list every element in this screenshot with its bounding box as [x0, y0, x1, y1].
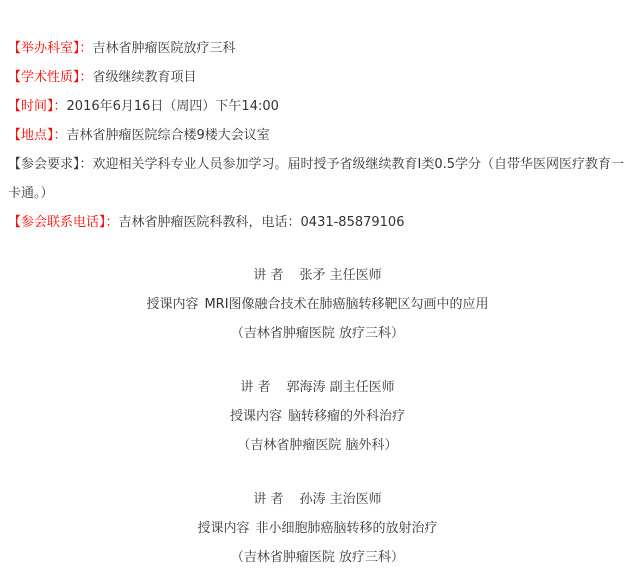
speaker-block: 讲 者郭海涛 副主任医师 授课内容脑转移瘤的外科治疗 （吉林省肿瘤医院 脑外科）: [0, 373, 635, 460]
info-colon: ：: [80, 157, 93, 172]
affiliation-row: （吉林省肿瘤医院 放疗三科）: [0, 543, 635, 572]
info-time: 【时间】：2016年6月16日（周四）下午14:00: [8, 92, 628, 121]
speaker-label: 讲 者: [240, 380, 270, 395]
info-value: 欢迎相关学科专业人员参加学习。届时授予省级继续教育Ⅰ类0.5学分（自带华医网医疗…: [8, 157, 624, 201]
speaker-name-title: 孙涛 主治医师: [300, 492, 382, 507]
info-label: 【时间】: [8, 99, 54, 114]
info-colon: ：: [106, 215, 119, 230]
affiliation-text: （吉林省肿瘤医院 脑外科）: [237, 438, 397, 453]
info-location: 【地点】：吉林省肿瘤医院综合楼9楼大会议室: [8, 121, 628, 150]
info-label: 【参会联系电话】: [8, 215, 106, 230]
speaker-block: 讲 者孙涛 主治医师 授课内容非小细胞肺癌脑转移的放射治疗 （吉林省肿瘤医院 放…: [0, 485, 635, 572]
speaker-name-title: 郭海涛 副主任医师: [287, 380, 395, 395]
topic-text: MRI图像融合技术在肺癌脑转移靶区勾画中的应用: [204, 297, 488, 312]
affiliation-text: （吉林省肿瘤医院 放疗三科）: [231, 550, 404, 565]
info-academic-type: 【学术性质】：省级继续教育项目: [8, 63, 628, 92]
info-contact-phone: 【参会联系电话】：吉林省肿瘤医院科教科，电话：0431-85879106: [8, 208, 628, 237]
info-requirements: 【参会要求】：欢迎相关学科专业人员参加学习。届时授予省级继续教育Ⅰ类0.5学分（…: [8, 150, 628, 208]
info-label: 【举办科室】: [8, 41, 80, 56]
topic-label: 授课内容: [197, 521, 249, 536]
affiliation-row: （吉林省肿瘤医院 脑外科）: [0, 431, 635, 460]
info-value: 吉林省肿瘤医院放疗三科: [93, 41, 236, 56]
speaker-label: 讲 者: [253, 268, 283, 283]
info-colon: ：: [80, 41, 93, 56]
info-colon: ：: [54, 99, 67, 114]
info-label: 【学术性质】: [8, 70, 80, 85]
topic-label: 授课内容: [146, 297, 198, 312]
info-colon: ：: [54, 128, 67, 143]
event-info: 【举办科室】：吉林省肿瘤医院放疗三科 【学术性质】：省级继续教育项目 【时间】：…: [8, 34, 628, 237]
info-label: 【参会要求】: [8, 157, 80, 172]
topic-row: 授课内容MRI图像融合技术在肺癌脑转移靶区勾画中的应用: [0, 290, 635, 319]
info-value: 吉林省肿瘤医院科教科，电话：0431-85879106: [119, 215, 405, 230]
topic-label: 授课内容: [230, 409, 282, 424]
speaker-label: 讲 者: [253, 492, 283, 507]
info-label: 【地点】: [8, 128, 54, 143]
speaker-name-title: 张矛 主任医师: [300, 268, 382, 283]
speaker-row: 讲 者张矛 主任医师: [0, 261, 635, 290]
topic-text: 脑转移瘤的外科治疗: [288, 409, 405, 424]
speaker-block: 讲 者张矛 主任医师 授课内容MRI图像融合技术在肺癌脑转移靶区勾画中的应用 （…: [0, 261, 635, 348]
info-value: 2016年6月16日（周四）下午14:00: [67, 99, 279, 114]
topic-row: 授课内容非小细胞肺癌脑转移的放射治疗: [0, 514, 635, 543]
affiliation-row: （吉林省肿瘤医院 放疗三科）: [0, 319, 635, 348]
speaker-row: 讲 者郭海涛 副主任医师: [0, 373, 635, 402]
topic-row: 授课内容脑转移瘤的外科治疗: [0, 402, 635, 431]
speaker-row: 讲 者孙涛 主治医师: [0, 485, 635, 514]
info-organizer: 【举办科室】：吉林省肿瘤医院放疗三科: [8, 34, 628, 63]
info-colon: ：: [80, 70, 93, 85]
affiliation-text: （吉林省肿瘤医院 放疗三科）: [231, 326, 404, 341]
info-value: 省级继续教育项目: [93, 70, 197, 85]
topic-text: 非小细胞肺癌脑转移的放射治疗: [256, 521, 438, 536]
info-value: 吉林省肿瘤医院综合楼9楼大会议室: [67, 128, 270, 143]
